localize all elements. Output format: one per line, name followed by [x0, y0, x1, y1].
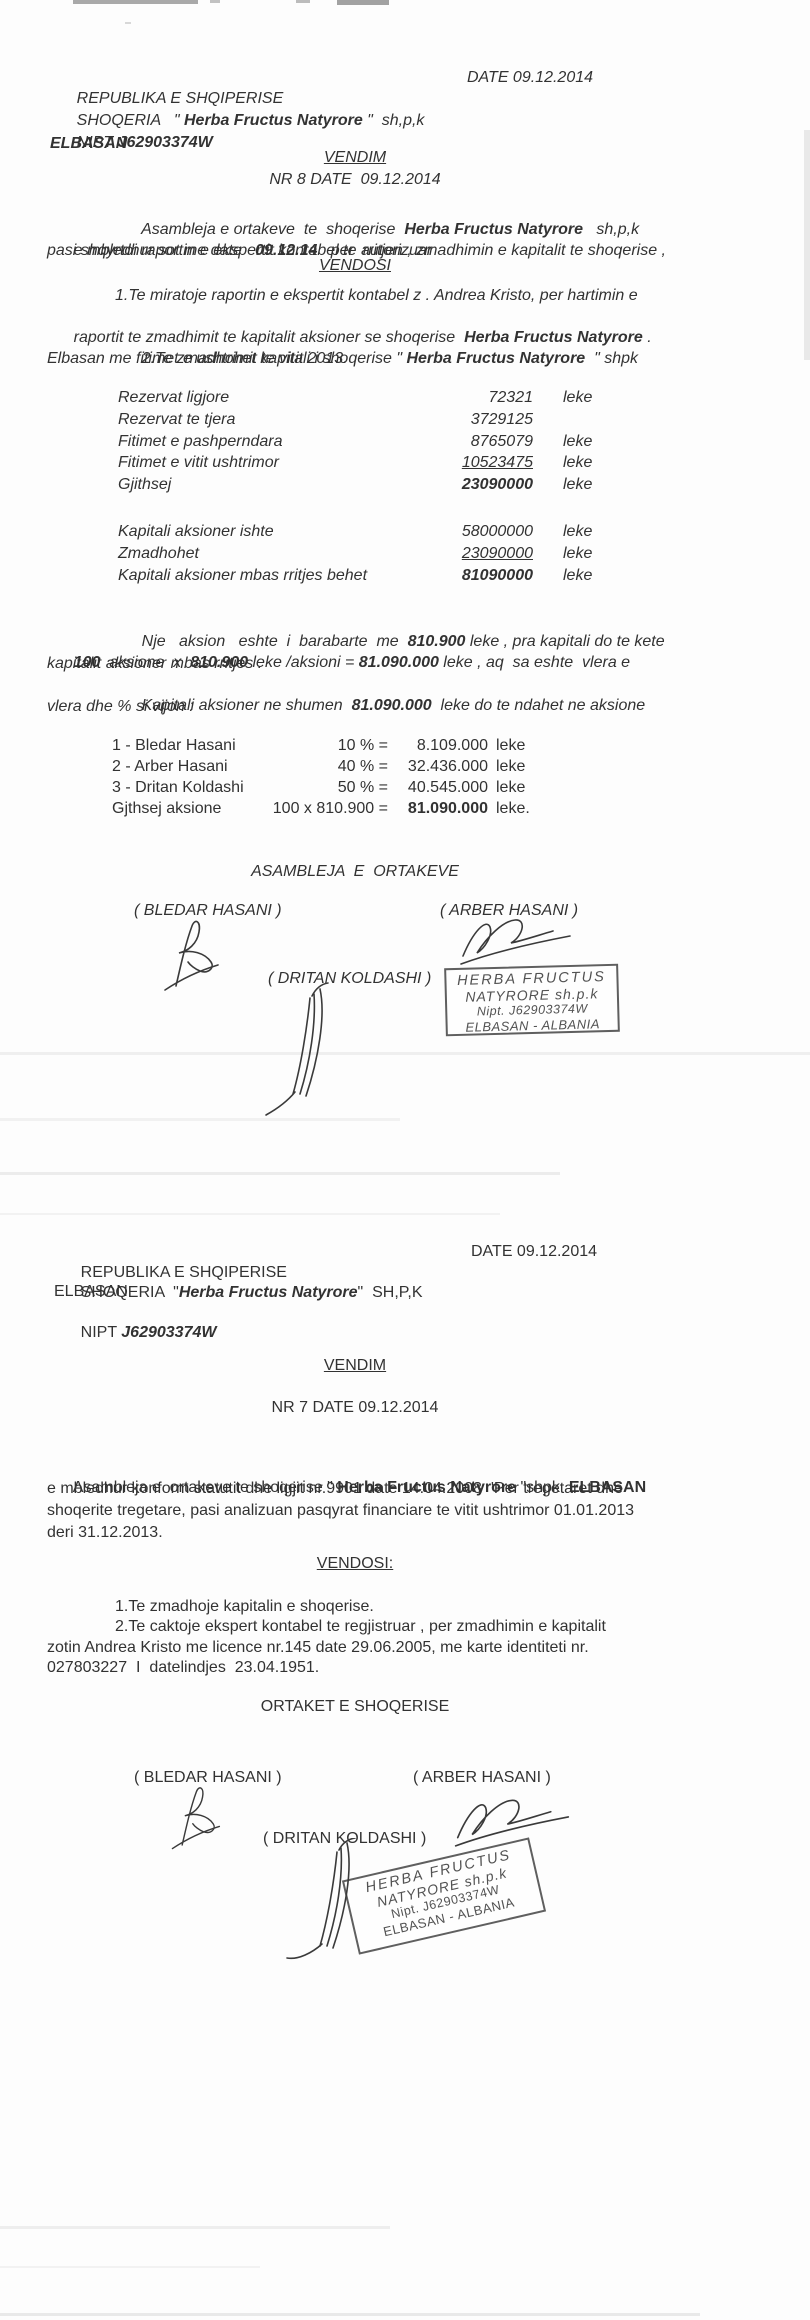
doc1-title-nr: NR 8 DATE 09.12.2014: [0, 169, 710, 190]
row-label: Rezervat te tjera: [118, 409, 428, 431]
text-run: " shpk: [585, 350, 638, 367]
row-value: 8765079: [428, 431, 533, 453]
capital-total: 81.090.000: [352, 697, 432, 714]
vendim-nr8-document: REPUBLIKA E SHQIPERISE DATE 09.12.2014 S…: [0, 0, 810, 1150]
text-run: NIPT: [81, 1324, 122, 1341]
row-label: Rezervat ligjore: [118, 387, 428, 409]
shareholder-amount: 40.545.000: [388, 777, 488, 798]
doc2-item2-line3: 027803227 I datelindjes 23.04.1951.: [47, 1657, 319, 1678]
shareholder-name: 3 - Dritan Koldashi: [112, 777, 262, 798]
table-row-total: Gjithsej23090000leke: [118, 474, 613, 496]
table-row-total: Kapitali aksioner mbas rritjes behet8109…: [118, 565, 613, 587]
company-name: Herba Fructus Natyrore: [179, 1284, 358, 1301]
row-value: 81090000: [428, 565, 533, 587]
doc1-vendosi-heading: VENDOSI: [0, 255, 710, 276]
text-run: leke , aq sa eshte vlera e: [439, 654, 630, 671]
table-row: Fitimet e vitit ushtrimor10523475leke: [118, 452, 613, 474]
row-unit: leke: [533, 565, 613, 587]
doc2-item2-line1: 2.Te caktoje ekspert kontabel te regjist…: [115, 1616, 606, 1637]
shareholder-name: 2 - Arber Hasani: [112, 756, 262, 777]
shareholder-percent: 10 % =: [262, 735, 388, 756]
shareholder-percent: 50 % =: [262, 777, 388, 798]
row-value: 58000000: [428, 521, 533, 543]
text-run: .: [643, 329, 652, 346]
table-row: Zmadhohet23090000leke: [118, 543, 613, 565]
shareholder-row: 3 - Dritan Koldashi50 % =40.545.000leke: [112, 777, 558, 798]
doc1-item1-line1: 1.Te miratoje raportin e ekspertit konta…: [115, 285, 638, 306]
row-value: 23090000: [428, 474, 533, 496]
row-label: Kapitali aksioner ishte: [118, 521, 428, 543]
signature-dritan: [285, 1838, 400, 1966]
shareholder-row: 2 - Arber Hasani40 % =32.436.000leke: [112, 756, 558, 777]
doc1-date: DATE 09.12.2014: [467, 67, 593, 88]
row-label: Kapitali aksioner mbas rritjes behet: [118, 565, 428, 587]
table-row: Fitimet e pashperndara8765079leke: [118, 431, 613, 453]
capital-table: Kapitali aksioner ishte58000000leke Zmad…: [118, 521, 613, 586]
row-label: Zmadhohet: [118, 543, 428, 565]
doc2-partners-heading: ORTAKET E SHOQERISE: [0, 1696, 710, 1717]
nipt-value: J62903374W: [121, 1324, 216, 1341]
table-row: Rezervat te tjera3729125: [118, 409, 613, 431]
shareholder-amount: 32.436.000: [388, 756, 488, 777]
total-formula: 100 x 810.900 =: [262, 798, 388, 819]
vendim-nr7-document: REPUBLIKA E SHQIPERISE DATE 09.12.2014 S…: [0, 1150, 810, 2320]
row-label: Fitimet e pashperndara: [118, 431, 428, 453]
capital-total: 81.090.000: [359, 654, 439, 671]
doc2-header-city: ELBASAN: [54, 1281, 128, 1302]
company-name: Herba Fructus Natyrore: [406, 350, 585, 367]
signature-arber: [456, 908, 576, 968]
doc2-title: VENDIM: [0, 1355, 710, 1376]
row-label: Fitimet e vitit ushtrimor: [118, 452, 428, 474]
row-unit: leke: [533, 431, 613, 453]
signature-bledar: [160, 918, 230, 993]
text-run: " SH,P,K: [358, 1284, 423, 1301]
row-value: 72321: [428, 387, 533, 409]
scanned-document-page: REPUBLIKA E SHQIPERISE DATE 09.12.2014 S…: [0, 0, 810, 2320]
doc2-para-line3: shoqerite tregetare, pasi analizuan pasq…: [47, 1500, 634, 1521]
row-unit: leke: [533, 521, 613, 543]
row-label: Gjithsej: [118, 474, 428, 496]
shareholder-row: 1 - Bledar Hasani10 % =8.109.000leke: [112, 735, 558, 756]
doc1-para2-line4: Kapitali aksioner ne shumen 81.090.000 l…: [115, 674, 645, 737]
company-stamp: HERBA FRUCTUS NATYRORE sh.p.k Nipt. J629…: [444, 964, 620, 1037]
doc2-title-nr: NR 7 DATE 09.12.2014: [0, 1397, 710, 1418]
currency-unit: leke: [488, 756, 558, 777]
doc1-title: VENDIM: [0, 147, 710, 168]
row-unit: leke: [533, 474, 613, 496]
shareholder-percent: 40 % =: [262, 756, 388, 777]
doc2-item2-line2: zotin Andrea Kristo me licence nr.145 da…: [47, 1637, 589, 1658]
doc2-vendosi-heading: VENDOSI:: [0, 1553, 710, 1574]
text-run: " sh,p,k: [367, 112, 424, 129]
doc2-date: DATE 09.12.2014: [471, 1241, 597, 1262]
row-value: 3729125: [428, 409, 533, 431]
doc1-para2-line3: kapitalit aksioner mbas rritjes .: [47, 653, 262, 674]
reserves-table: Rezervat ligjore72321leke Rezervat te tj…: [118, 387, 613, 496]
stamp-line4: ELBASAN - ALBANIA: [448, 1016, 618, 1035]
shareholder-total-row: Gjthsej aksione100 x 810.900 =81.090.000…: [112, 798, 558, 819]
table-row: Rezervat ligjore72321leke: [118, 387, 613, 409]
row-unit: leke: [533, 543, 613, 565]
doc1-item2-line2: Elbasan me fitimet e ushtrimit te vitit …: [47, 348, 348, 369]
total-label: Gjthsej aksione: [112, 798, 262, 819]
shareholders-list: 1 - Bledar Hasani10 % =8.109.000leke 2 -…: [112, 735, 558, 819]
doc2-para-line4: deri 31.12.2013.: [47, 1522, 163, 1543]
currency-unit: leke: [488, 735, 558, 756]
signature-dritan: [262, 982, 372, 1117]
total-amount: 81.090.000: [388, 798, 488, 819]
currency-unit: leke.: [488, 798, 558, 819]
table-row: Kapitali aksioner ishte58000000leke: [118, 521, 613, 543]
doc2-item1: 1.Te zmadhoje kapitalin e shoqerise.: [115, 1596, 374, 1617]
doc2-signatory-arber: ( ARBER HASANI ): [413, 1767, 551, 1788]
row-value: 23090000: [428, 543, 533, 565]
currency-unit: leke: [488, 777, 558, 798]
text-run: leke do te ndahet ne aksione: [432, 697, 646, 714]
row-unit: leke: [533, 387, 613, 409]
doc1-assembly-heading: ASAMBLEJA E ORTAKEVE: [0, 861, 710, 882]
row-value: 10523475: [428, 452, 533, 474]
signature-bledar: [168, 1782, 230, 1854]
doc2-para-line2: e mbledhur konform statutit dhe ligjit n…: [47, 1478, 623, 1499]
text-run: leke /aksioni =: [248, 654, 359, 671]
shareholder-amount: 8.109.000: [388, 735, 488, 756]
row-unit: leke: [533, 452, 613, 474]
doc1-para2-line5: vlera dhe % si vijon :: [47, 696, 194, 717]
row-unit: [533, 409, 613, 431]
shareholder-name: 1 - Bledar Hasani: [112, 735, 262, 756]
